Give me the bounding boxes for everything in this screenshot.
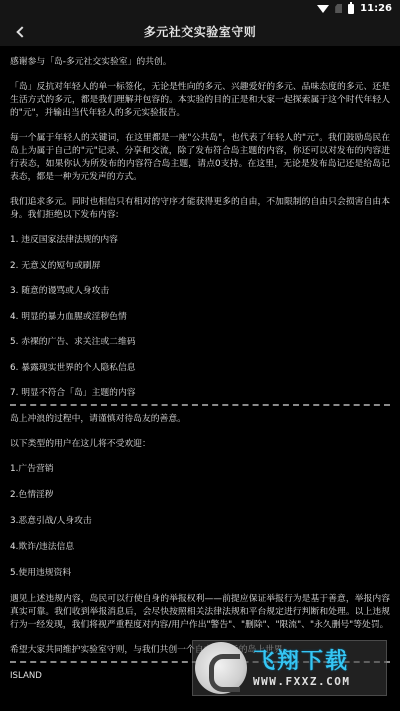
list-item: 5.使用违规资料 (10, 567, 390, 580)
list-item: 4. 明显的暴力血腥或淫秽色情 (10, 311, 390, 324)
rules-content[interactable]: 感谢参与「岛-多元社交实验室」的共创。 「岛」反抗对年轻人的单一标签化，无论是性… (0, 46, 400, 683)
list-item: 3. 随意的谩骂或人身攻击 (10, 285, 390, 298)
prohibited-content-list: 1. 违反国家法律法规的内容 2. 无意义的短句或刷屏 3. 随意的谩骂或人身攻… (10, 234, 390, 400)
unwelcome-users-list: 1.广告营销 2.色情淫秽 3.恶意引战/人身攻击 4.欺诈/违法信息 5.使用… (10, 463, 390, 580)
paragraph-unwelcome-intro: 以下类型的用户在这儿将不受欢迎： (10, 438, 390, 451)
app-bar: 多元社交实验室守则 (0, 17, 400, 46)
dashed-divider-bottom (10, 661, 390, 663)
paragraph-reporting: 遇见上述违规内容，岛民可以行使自身的举报权利——前提应保证举报行为是基于善意，举… (10, 593, 390, 632)
page-title: 多元社交实验室守则 (144, 23, 257, 40)
no-sim-icon (335, 4, 342, 13)
list-item: 5. 赤裸的广告、求关注或二维码 (10, 336, 390, 349)
status-bar: 11:26 (0, 0, 400, 17)
paragraph-public-island: 每一个属于年轻人的关键词，在这里都是一座"公共岛"，也代表了年轻人的"元"。我们… (10, 132, 390, 184)
list-item: 2. 无意义的短句或刷屏 (10, 260, 390, 273)
list-item: 6. 暴露现实世界的个人隐私信息 (10, 362, 390, 375)
wifi-icon (317, 5, 329, 13)
back-button[interactable] (6, 17, 34, 46)
chevron-left-icon (16, 26, 27, 37)
list-item: 2.色情淫秽 (10, 489, 390, 502)
list-item: 4.欺诈/违法信息 (10, 541, 390, 554)
list-item: 1.广告营销 (10, 463, 390, 476)
list-item: 7. 明显不符合「岛」主题的内容 (10, 387, 390, 400)
dashed-divider (10, 404, 390, 406)
status-time: 11:26 (360, 3, 392, 14)
paragraph-kindness: 岛上冲浪的过程中，请谨慎对待岛友的善意。 (10, 413, 390, 426)
signature: ISLAND (10, 670, 390, 683)
paragraph-diversity: 「岛」反抗对年轻人的单一标签化，无论是性向的多元、兴趣爱好的多元、品味态度的多元… (10, 81, 390, 120)
list-item: 3.恶意引战/人身攻击 (10, 515, 390, 528)
paragraph-rules-intro: 我们追求多元。同时也相信只有相对的守序才能获得更多的自由，不加限制的自由只会损害… (10, 196, 390, 222)
intro-paragraph: 感谢参与「岛-多元社交实验室」的共创。 (10, 56, 390, 69)
paragraph-closing: 希望大家共同维护实验室守则，与我们共创一个自由、多元的岛上世界。 (10, 644, 390, 657)
list-item: 1. 违反国家法律法规的内容 (10, 234, 390, 247)
battery-icon (348, 4, 354, 14)
